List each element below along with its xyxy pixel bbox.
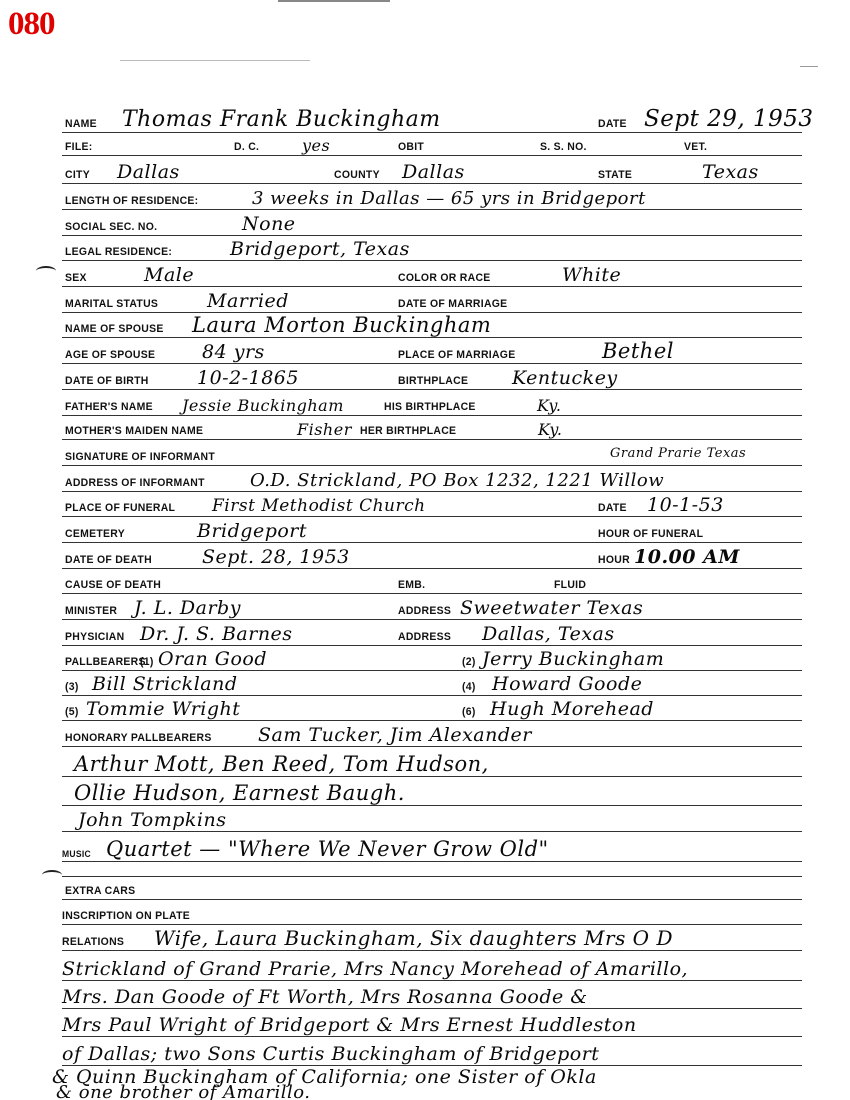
top-edge-line	[278, 0, 390, 2]
date-of-death-value: Sept. 28, 1953	[202, 546, 350, 568]
date-label: DATE	[598, 118, 627, 130]
cause-of-death-label: CAUSE OF DEATH	[65, 579, 161, 591]
emb-label: EMB.	[398, 579, 425, 591]
state-label: STATE	[598, 169, 632, 181]
dc-value: yes	[302, 136, 330, 155]
fathers-name-label: FATHER'S NAME	[65, 401, 153, 413]
row-pallbearers-1-2: PALLBEARERS (1) Oran Good (2) Jerry Buck…	[62, 645, 802, 671]
minister-label: MINISTER	[65, 605, 117, 617]
sex-value: Male	[144, 264, 194, 286]
length-of-residence-value: 3 weeks in Dallas — 65 yrs in Bridgeport	[252, 188, 646, 209]
signature-of-informant-label: SIGNATURE OF INFORMANT	[65, 451, 215, 463]
hour-of-funeral-label: HOUR OF FUNERAL	[598, 528, 703, 540]
legal-residence-label: LEGAL RESIDENCE:	[65, 246, 172, 258]
row-physician: PHYSICIAN Dr. J. S. Barnes ADDRESS Dalla…	[62, 620, 802, 646]
pallbearer-3-name: Bill Strickland	[92, 673, 238, 695]
corner-mark	[800, 66, 818, 67]
her-birthplace-value: Ky.	[538, 420, 562, 439]
place-of-funeral-value: First Methodist Church	[212, 496, 426, 516]
hour-label: HOUR	[598, 554, 630, 566]
row-honorary-pallbearers: HONORARY PALLBEARERS Sam Tucker, Jim Ale…	[62, 721, 802, 747]
relations-line-1: Wife, Laura Buckingham, Six daughters Mr…	[154, 926, 673, 950]
pallbearer-6-name: Hugh Morehead	[490, 698, 654, 720]
pallbearer-5-name: Tommie Wright	[86, 698, 240, 720]
age-of-spouse-label: AGE OF SPOUSE	[65, 349, 155, 361]
length-of-residence-label: LENGTH OF RESIDENCE:	[65, 195, 198, 207]
signature-of-informant-note: Grand Prarie Texas	[610, 446, 746, 461]
row-relations-4: Mrs Paul Wright of Bridgeport & Mrs Erne…	[62, 1011, 802, 1037]
inscription-on-plate-label: INSCRIPTION ON PLATE	[62, 910, 190, 922]
city-value: Dallas	[117, 161, 180, 183]
pallbearer-6-num: (6)	[462, 706, 476, 718]
row-signature-of-informant: SIGNATURE OF INFORMANT Grand Prarie Texa…	[62, 440, 802, 466]
name-of-spouse-value: Laura Morton Buckingham	[192, 313, 491, 337]
row-social-sec-no: SOCIAL SEC. NO. None	[62, 210, 802, 236]
row-length-of-residence: LENGTH OF RESIDENCE: 3 weeks in Dallas —…	[62, 184, 802, 210]
pallbearer-3-num: (3)	[65, 681, 79, 693]
color-or-race-value: White	[562, 264, 621, 286]
row-fathers-name: FATHER'S NAME Jessie Buckingham HIS BIRT…	[62, 390, 802, 416]
funeral-date-label: DATE	[598, 502, 627, 514]
cemetery-label: CEMETERY	[65, 528, 125, 540]
pallbearer-4-name: Howard Goode	[492, 673, 642, 695]
row-inscription-on-plate: INSCRIPTION ON PLATE	[62, 899, 802, 925]
obit-label: OBIT	[398, 141, 424, 153]
row-relations-2: Strickland of Grand Prarie, Mrs Nancy Mo…	[62, 955, 802, 981]
row-extra-cars: EXTRA CARS	[62, 874, 802, 900]
physician-label: PHYSICIAN	[65, 631, 124, 643]
vet-label: VET.	[684, 141, 707, 153]
place-of-marriage-value: Bethel	[602, 339, 674, 363]
row-date-of-birth: DATE OF BIRTH 10-2-1865 BIRTHPLACE Kentu…	[62, 364, 802, 390]
pallbearers-label: PALLBEARERS	[65, 656, 146, 668]
social-sec-no-value: None	[242, 213, 296, 235]
honorary-pallbearers-line-2: Arthur Mott, Ben Reed, Tom Hudson,	[74, 752, 489, 776]
relations-line-3: Mrs. Dan Goode of Ft Worth, Mrs Rosanna …	[62, 986, 588, 1008]
his-birthplace-label: HIS BIRTHPLACE	[384, 401, 476, 413]
row-age-of-spouse: AGE OF SPOUSE 84 yrs PLACE OF MARRIAGE B…	[62, 338, 802, 364]
minister-address-value: Sweetwater Texas	[460, 597, 643, 619]
pallbearer-5-num: (5)	[65, 706, 79, 718]
pallbearer-4-num: (4)	[462, 681, 476, 693]
extra-cars-label: EXTRA CARS	[65, 885, 135, 897]
name-of-spouse-label: NAME OF SPOUSE	[65, 323, 164, 335]
place-of-funeral-label: PLACE OF FUNERAL	[65, 502, 175, 514]
birthplace-label: BIRTHPLACE	[398, 375, 468, 387]
hour-value: 10.00 AM	[634, 546, 740, 568]
pallbearer-2-name: Jerry Buckingham	[482, 648, 664, 670]
row-file: FILE: D. C. yes OBIT S. S. NO. VET.	[62, 130, 802, 156]
relations-line-4: Mrs Paul Wright of Bridgeport & Mrs Erne…	[62, 1014, 637, 1036]
relations-label: RELATIONS	[62, 936, 124, 948]
row-relations-3: Mrs. Dan Goode of Ft Worth, Mrs Rosanna …	[62, 983, 802, 1009]
row-marital-status: MARITAL STATUS Married DATE OF MARRIAGE	[62, 287, 802, 313]
row-name-of-spouse: NAME OF SPOUSE Laura Morton Buckingham	[62, 312, 802, 338]
row-minister: MINISTER J. L. Darby ADDRESS Sweetwater …	[62, 594, 802, 620]
place-of-marriage-label: PLACE OF MARRIAGE	[398, 349, 515, 361]
age-of-spouse-value: 84 yrs	[202, 341, 265, 363]
row-cemetery: CEMETERY Bridgeport HOUR OF FUNERAL	[62, 517, 802, 543]
social-sec-no-label: SOCIAL SEC. NO.	[65, 221, 157, 233]
row-honorary-pallbearers-2: Arthur Mott, Ben Reed, Tom Hudson,	[62, 751, 802, 777]
row-date-of-death: DATE OF DEATH Sept. 28, 1953 HOUR 10.00 …	[62, 543, 802, 569]
county-label: COUNTY	[334, 169, 380, 181]
color-or-race-label: COLOR OR RACE	[398, 272, 491, 284]
minister-value: J. L. Darby	[134, 597, 241, 619]
row-cause-of-death: CAUSE OF DEATH EMB. FLUID	[62, 568, 802, 594]
address-of-informant-value: O.D. Strickland, PO Box 1232, 1221 Willo…	[250, 470, 664, 491]
row-pallbearers-5-6: (5) Tommie Wright (6) Hugh Morehead	[62, 695, 802, 721]
mothers-maiden-name-value: Fisher	[297, 420, 352, 439]
row-place-of-funeral: PLACE OF FUNERAL First Methodist Church …	[62, 491, 802, 517]
row-legal-residence: LEGAL RESIDENCE: Bridgeport, Texas	[62, 235, 802, 261]
file-label: FILE:	[65, 141, 93, 153]
county-value: Dallas	[402, 161, 465, 183]
physician-address-label: ADDRESS	[398, 631, 451, 643]
dc-label: D. C.	[234, 141, 259, 153]
honorary-pallbearers-line-1: Sam Tucker, Jim Alexander	[258, 724, 532, 746]
cemetery-value: Bridgeport	[197, 520, 307, 542]
faint-scan-line	[120, 60, 310, 61]
date-of-birth-label: DATE OF BIRTH	[65, 375, 149, 387]
ss-no-label: S. S. NO.	[540, 141, 587, 153]
city-label: CITY	[65, 169, 90, 181]
funeral-date-value: 10-1-53	[647, 494, 724, 516]
page-number: 080	[8, 6, 55, 43]
pallbearer-1-name: Oran Good	[158, 648, 267, 670]
row-honorary-pallbearers-4: John Tompkins	[62, 806, 802, 832]
honorary-pallbearers-line-4: John Tompkins	[78, 809, 226, 831]
legal-residence-value: Bridgeport, Texas	[230, 238, 410, 260]
honorary-pallbearers-label: HONORARY PALLBEARERS	[65, 732, 212, 744]
date-of-marriage-label: DATE OF MARRIAGE	[398, 298, 507, 310]
sex-label: SEX	[65, 272, 87, 284]
date-of-death-label: DATE OF DEATH	[65, 554, 152, 566]
hole-punch-mark-2	[42, 870, 62, 880]
marital-status-value: Married	[207, 290, 289, 312]
row-relations-7: & one brother of Amarillo.	[62, 1078, 802, 1100]
relations-line-2: Strickland of Grand Prarie, Mrs Nancy Mo…	[62, 958, 688, 980]
mothers-maiden-name-label: MOTHER'S MAIDEN NAME	[65, 425, 203, 437]
relations-line-7: & one brother of Amarillo.	[56, 1082, 310, 1100]
minister-address-label: ADDRESS	[398, 605, 451, 617]
row-honorary-pallbearers-3: Ollie Hudson, Earnest Baugh.	[62, 780, 802, 806]
fathers-name-value: Jessie Buckingham	[182, 396, 344, 415]
hole-punch-mark	[36, 266, 56, 276]
pallbearer-1-num: (1)	[140, 656, 154, 668]
row-pallbearers-3-4: (3) Bill Strickland (4) Howard Goode	[62, 670, 802, 696]
his-birthplace-value: Ky.	[537, 396, 561, 415]
row-mothers-maiden-name: MOTHER'S MAIDEN NAME Fisher HER BIRTHPLA…	[62, 414, 802, 440]
row-relations-1: RELATIONS Wife, Laura Buckingham, Six da…	[62, 925, 802, 951]
honorary-pallbearers-line-3: Ollie Hudson, Earnest Baugh.	[74, 781, 405, 805]
birthplace-value: Kentuckey	[512, 367, 618, 389]
row-address-of-informant: ADDRESS OF INFORMANT O.D. Strickland, PO…	[62, 466, 802, 492]
address-of-informant-label: ADDRESS OF INFORMANT	[65, 477, 205, 489]
physician-address-value: Dallas, Texas	[482, 623, 615, 645]
physician-value: Dr. J. S. Barnes	[140, 623, 293, 645]
date-of-birth-value: 10-2-1865	[197, 367, 299, 389]
marital-status-label: MARITAL STATUS	[65, 298, 158, 310]
date-value: Sept 29, 1953	[644, 106, 814, 132]
her-birthplace-label: HER BIRTHPLACE	[360, 425, 456, 437]
pallbearer-2-num: (2)	[462, 656, 476, 668]
state-value: Texas	[702, 161, 759, 183]
row-sex: SEX Male COLOR OR RACE White	[62, 261, 802, 287]
name-label: NAME	[65, 118, 97, 130]
name-value: Thomas Frank Buckingham	[122, 107, 441, 132]
relations-line-5: of Dallas; two Sons Curtis Buckingham of…	[62, 1043, 599, 1065]
row-city: CITY Dallas COUNTY Dallas STATE Texas	[62, 158, 802, 184]
fluid-label: FLUID	[554, 579, 586, 591]
